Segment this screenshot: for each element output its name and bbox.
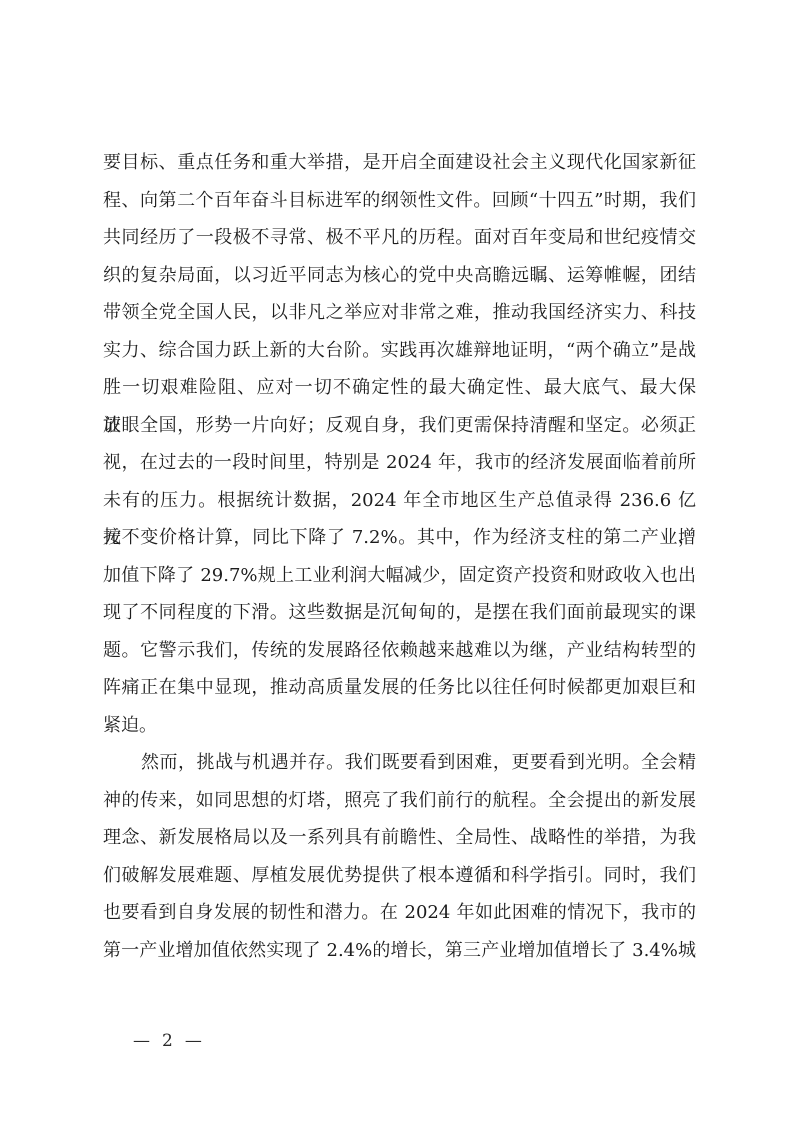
text-line: 紧迫。 xyxy=(103,707,696,745)
text-line: 们破解发展难题、厚植发展优势提供了根本遵循和科学指引。同时，我们 xyxy=(103,857,696,895)
text-line: 带领全党全国人民，以非凡之举应对非常之难，推动我国经济实力、科技 xyxy=(103,294,696,332)
text-line: 未有的压力。根据统计数据，2024 年全市地区生产总值录得 236.6 亿元， xyxy=(103,482,696,520)
text-line: 题。它警示我们，传统的发展路径依赖越来越难以为继，产业结构转型的 xyxy=(103,632,696,670)
text-line: 视，在过去的一段时间里，特别是 2024 年，我市的经济发展面临着前所 xyxy=(103,444,696,482)
text-line: 实力、综合国力跃上新的大台阶。实践再次雄辩地证明，“两个确立”是战 xyxy=(103,332,696,370)
document-page: 要目标、重点任务和重大举措，是开启全面建设社会主义现代化国家新征程、向第二个百年… xyxy=(0,0,793,1122)
text-line: 神的传来，如同思想的灯塔，照亮了我们前行的航程。全会提出的新发展 xyxy=(103,782,696,820)
text-line: 也要看到自身发展的韧性和潜力。在 2024 年如此困难的情况下，我市的 xyxy=(103,894,696,932)
text-line: 织的复杂局面，以习近平同志为核心的党中央高瞻远瞩、运筹帷幄，团结 xyxy=(103,257,696,295)
text-line: 按不变价格计算，同比下降了 7.2%。其中，作为经济支柱的第二产业增 xyxy=(103,519,696,557)
text-line: 程、向第二个百年奋斗目标进军的纲领性文件。回顾“十四五”时期，我们 xyxy=(103,182,696,220)
text-line: 理念、新发展格局以及一系列具有前瞻性、全局性、战略性的举措，为我 xyxy=(103,819,696,857)
text-line: 共同经历了一段极不寻常、极不平凡的历程。面对百年变局和世纪疫情交 xyxy=(103,219,696,257)
text-line: 第一产业增加值依然实现了 2.4%的增长，第三产业增加值增长了 3.4%城 xyxy=(103,932,696,970)
text-line: 放眼全国，形势一片向好；反观自身，我们更需保持清醒和坚定。必须正 xyxy=(103,407,696,445)
text-line: 然而，挑战与机遇并存。我们既要看到困难，更要看到光明。全会精 xyxy=(103,744,696,782)
text-line: 加值下降了 29.7%规上工业利润大幅减少，固定资产投资和财政收入也出 xyxy=(103,557,696,595)
text-line: 现了不同程度的下滑。这些数据是沉甸甸的，是摆在我们面前最现实的课 xyxy=(103,594,696,632)
footer-dash-right: — xyxy=(185,1031,203,1051)
footer-dash-left: — xyxy=(133,1031,151,1051)
text-line: 胜一切艰难险阻、应对一切不确定性的最大确定性、最大底气、最大保证。 xyxy=(103,369,696,407)
page-footer: —2— xyxy=(133,1031,203,1051)
text-line: 阵痛正在集中显现，推动高质量发展的任务比以往任何时候都更加艰巨和 xyxy=(103,669,696,707)
page-number: 2 xyxy=(162,1031,174,1051)
document-body: 要目标、重点任务和重大举措，是开启全面建设社会主义现代化国家新征程、向第二个百年… xyxy=(103,144,696,969)
text-line: 要目标、重点任务和重大举措，是开启全面建设社会主义现代化国家新征 xyxy=(103,144,696,182)
